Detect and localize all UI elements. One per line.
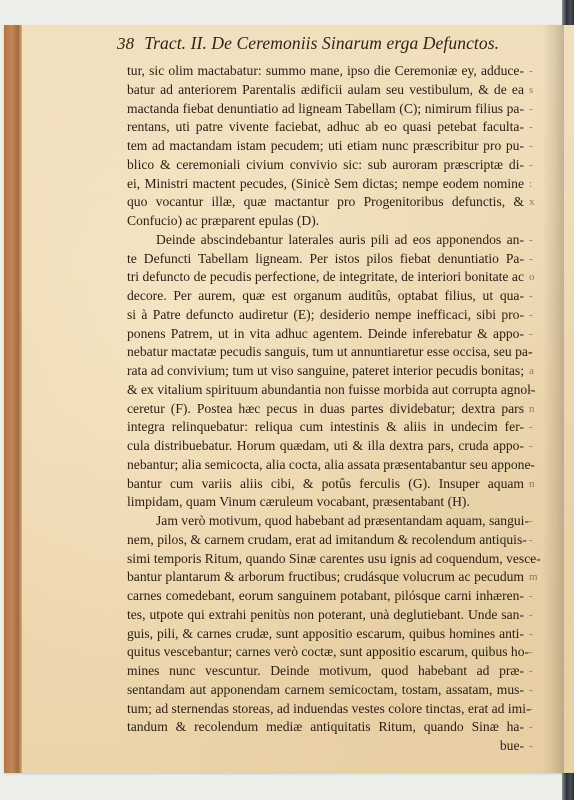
bleed-through-mark: - <box>529 118 543 137</box>
bleed-through-mark: n <box>529 400 543 419</box>
text-line: & ex vitalium spirituum abundantia non f… <box>127 381 524 400</box>
text-line: nebatur mactatæ pecudis sanguis, tum ut … <box>127 343 524 362</box>
text-line: rata ad convivium; tum ut viso sanguine,… <box>127 362 524 381</box>
bleed-through-mark: - <box>529 718 543 737</box>
bleed-through-mark: - <box>529 137 543 156</box>
text-line: cula distribuebatur. Horum quædam, uti &… <box>127 437 524 456</box>
text-line: guis, pili, & carnes crudæ, sunt apposit… <box>127 625 524 644</box>
text-line: te Defuncti Tabellam ligneam. Per istos … <box>127 250 524 269</box>
bleed-through-mark: o <box>529 268 543 287</box>
text-line: batur ad anteriorem Parentalis ædificii … <box>127 81 524 100</box>
bleed-through-mark: - <box>529 456 543 475</box>
text-line: sentandam aut apponendam carnem semicoct… <box>127 681 524 700</box>
text-line: tur, sic olim mactabatur: summo mane, ip… <box>127 62 524 81</box>
bleed-through-mark: - <box>529 100 543 119</box>
text-line: si à Patre defuncto audiretur (E); desid… <box>127 306 524 325</box>
page-number: 38 <box>117 34 134 53</box>
text-line: nebantur; alia semicocta, alia cocta, al… <box>127 456 524 475</box>
bleed-through-mark: - <box>529 62 543 81</box>
gutter-shadow <box>542 25 564 773</box>
text-line: Jam verò motivum, quod habebant ad præse… <box>127 512 524 531</box>
bleed-through-mark: - <box>529 643 543 662</box>
text-line: ceretur (F). Postea hæc pecus in duas pa… <box>127 400 524 419</box>
text-line: blico & ceremoniali civium convivio sic:… <box>127 156 524 175</box>
bleed-through-mark: - <box>529 381 543 400</box>
bleed-through-mark: - <box>529 287 543 306</box>
bleed-through-mark: - <box>529 606 543 625</box>
bleed-through-mark: - <box>529 587 543 606</box>
running-head: 38Tract. II. De Ceremoniis Sinarum erga … <box>117 33 537 54</box>
bleed-through-mark: x <box>529 193 543 212</box>
text-line: Confucio) ac præparent epulas (D). <box>127 212 524 231</box>
bleed-through-mark: - <box>529 512 543 531</box>
text-line: simi temporis Ritum, quando Sinæ carente… <box>127 550 524 569</box>
page-fore-edge <box>4 25 22 773</box>
scanned-book-page-view: 38Tract. II. De Ceremoniis Sinarum erga … <box>0 0 574 800</box>
text-line: tes, utpote qui extrahi penitùs non pote… <box>127 606 524 625</box>
text-line: tum; ad sternendas storeas, ad induendas… <box>127 700 524 719</box>
text-line: bantur plantarum & arborum fructibus; cr… <box>127 568 524 587</box>
bleed-through-mark: - <box>529 250 543 269</box>
bleed-through-mark <box>529 493 543 512</box>
text-line: mactanda fiebat denuntiatio ad ligneam T… <box>127 100 524 119</box>
text-line: tem ad mactandam istam pecudem; uti etia… <box>127 137 524 156</box>
text-line: tri defuncto de pecudis perfectione, de … <box>127 268 524 287</box>
text-line: rentans, uti patre vivente faciebat, adh… <box>127 118 524 137</box>
bleed-through-mark: - <box>529 156 543 175</box>
bleed-through-mark: - <box>529 437 543 456</box>
text-line: nem, pilos, & carnem crudam, erat ad imi… <box>127 531 524 550</box>
running-head-title: Tract. II. De Ceremoniis Sinarum erga De… <box>144 33 499 53</box>
bleed-through-mark: - <box>529 550 543 569</box>
bleed-through-mark: - <box>529 681 543 700</box>
bleed-through-mark: a <box>529 362 543 381</box>
bleed-through-mark: - <box>529 737 543 756</box>
text-line: Deinde abscindebantur laterales auris pi… <box>127 231 524 250</box>
bleed-through-mark: - <box>529 418 543 437</box>
bleed-through-mark: - <box>529 231 543 250</box>
text-line: ponens Patrem, ut in vita adhuc agentem.… <box>127 325 524 344</box>
text-line: bantur cum variis aliis cibi, & potûs fe… <box>127 475 524 494</box>
bleed-through-mark: n <box>529 475 543 494</box>
body-text: tur, sic olim mactabatur: summo mane, ip… <box>127 62 524 756</box>
bleed-through-mark: - <box>529 343 543 362</box>
bleed-through-mark <box>529 212 543 231</box>
bleed-through-mark: - <box>529 531 543 550</box>
text-line: limpidam, quam Vinum cæruleum vocabant, … <box>127 493 524 512</box>
bleed-through-mark: - <box>529 700 543 719</box>
text-line: carnes comedebant, eorum sanguinem potab… <box>127 587 524 606</box>
bleed-through-mark: : <box>529 175 543 194</box>
text-line: tandum & recolendum mediæ antiquitatis R… <box>127 718 524 737</box>
bleed-through-mark: m <box>529 568 543 587</box>
bleed-through-mark: - <box>529 306 543 325</box>
bleed-through-column: -s----:x--o----a-n---n---m--------- <box>529 62 543 756</box>
text-line: integra relinquebatur: reliqua cum intes… <box>127 418 524 437</box>
text-line: decore. Per aurem, quæ est organum audit… <box>127 287 524 306</box>
bleed-through-mark: - <box>529 325 543 344</box>
text-line: mines nunc vescuntur. Deinde motivum, qu… <box>127 662 524 681</box>
bleed-through-mark: s <box>529 81 543 100</box>
bleed-through-mark: - <box>529 662 543 681</box>
bleed-through-mark: - <box>529 625 543 644</box>
text-line: quo vocantur illæ, quæ mactantur pro Pro… <box>127 193 524 212</box>
text-line: bue- <box>127 737 524 756</box>
text-line: ei, Ministri mactent pecudes, (Sinicè Se… <box>127 175 524 194</box>
text-line: quitus vescebantur; carnes verò coctæ, s… <box>127 643 524 662</box>
